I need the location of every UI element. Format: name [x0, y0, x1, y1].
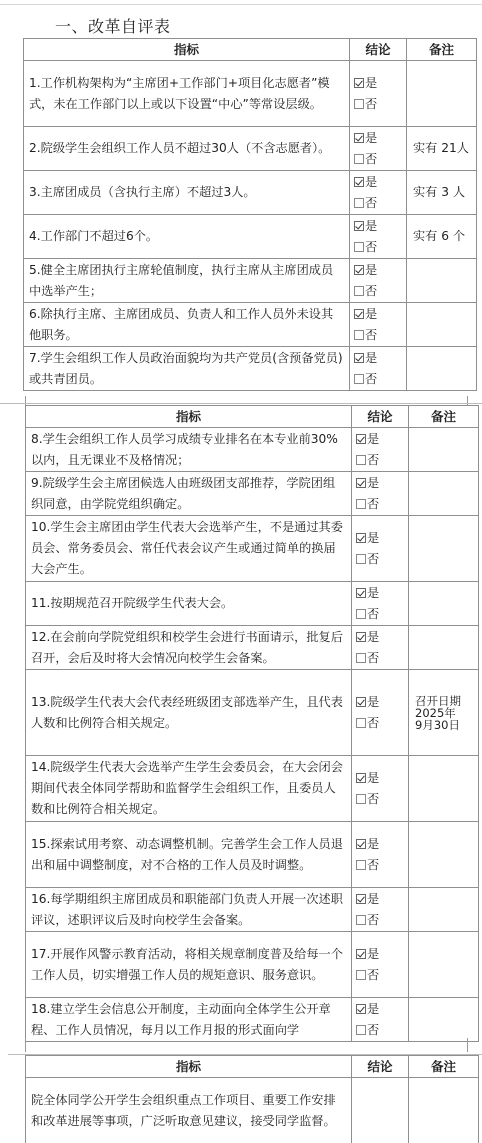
table-header-row: 指标 结论 备注: [24, 39, 477, 61]
checked-box-icon[interactable]: [354, 309, 364, 319]
no-label: 否: [367, 1023, 379, 1037]
no-option[interactable]: 否: [354, 325, 404, 346]
yes-option[interactable]: 是: [354, 348, 404, 369]
header-indicator: 指标: [26, 406, 352, 428]
yes-option[interactable]: 是: [354, 73, 404, 94]
no-label: 否: [367, 716, 379, 730]
note-cell: [407, 61, 477, 127]
conclusion-cell: 是 否: [352, 516, 409, 582]
no-option[interactable]: 否: [356, 789, 406, 810]
note-cell: [409, 428, 479, 472]
table-header-row: 指标 结论 备注: [26, 406, 479, 428]
yes-label: 是: [367, 837, 379, 851]
indicator-cell: 8.学生会组织工作人员学习成绩专业排名在本专业前30%以内，且无课业不及格情况；: [26, 428, 352, 472]
checked-box-icon[interactable]: [356, 1004, 366, 1014]
header-notes: 备注: [409, 406, 479, 428]
yes-option[interactable]: 是: [356, 944, 406, 965]
section-title: 一、改革自评表: [55, 14, 171, 37]
yes-label: 是: [367, 531, 379, 545]
no-label: 否: [367, 453, 379, 467]
checked-box-icon[interactable]: [356, 434, 366, 444]
note-line: 9月30日: [415, 719, 475, 731]
conclusion-cell: 是 否: [352, 670, 409, 756]
no-option[interactable]: 否: [356, 965, 406, 986]
no-label: 否: [367, 913, 379, 927]
yes-option[interactable]: 是: [356, 627, 406, 648]
self-evaluation-table-page-2: 指标 结论 备注 8.学生会组织工作人员学习成绩专业排名在本专业前30%以内，且…: [25, 405, 479, 1042]
note-cell-meeting-date: 召开日期 2025年 9月30日: [409, 670, 479, 756]
page-top-rule: [0, 4, 482, 5]
no-option[interactable]: 否: [356, 494, 406, 515]
yes-label: 是: [365, 219, 377, 233]
yes-option[interactable]: 是: [356, 834, 406, 855]
conclusion-cell: 是 否: [350, 259, 407, 303]
note-cell: [407, 259, 477, 303]
unchecked-box-icon[interactable]: [354, 154, 364, 164]
indicator-cell: 10.学生会主席团由学生代表大会选举产生，不是通过其委员会、常务委员会、常任代表…: [26, 516, 352, 582]
indicator-cell: 7.学生会组织工作人员政治面貌均为共产党员(含预备党员)或共青团员。: [24, 347, 350, 391]
table-row: 8.学生会组织工作人员学习成绩专业排名在本专业前30%以内，且无课业不及格情况；…: [26, 428, 479, 472]
unchecked-box-icon[interactable]: [356, 794, 366, 804]
table-row: 1.工作机构架构为“主席团+工作部门+项目化志愿者”模式，未在工作部门以上或以下…: [24, 61, 477, 127]
checked-box-icon[interactable]: [356, 697, 366, 707]
no-label: 否: [367, 552, 379, 566]
yes-label: 是: [367, 695, 379, 709]
no-label: 否: [365, 284, 377, 298]
conclusion-cell: 是 否: [350, 171, 407, 215]
conclusion-cell: 是 否: [352, 756, 409, 822]
checked-box-icon[interactable]: [354, 133, 364, 143]
yes-label: 是: [367, 630, 379, 644]
self-evaluation-table-page-1: 指标 结论 备注 1.工作机构架构为“主席团+工作部门+项目化志愿者”模式，未在…: [23, 38, 477, 391]
checked-box-icon[interactable]: [356, 632, 366, 642]
indicator-cell: 16.每学期组织主席团成员和职能部门负责人开展一次述职评议，述职评议后及时向校学…: [26, 888, 352, 932]
unchecked-box-icon[interactable]: [356, 609, 366, 619]
indicator-cell: 院全体同学公开学生会组织重点工作项目、重要工作安排和改革进展等事项，广泛听取意见…: [26, 1078, 352, 1143]
yes-label: 是: [365, 131, 377, 145]
unchecked-box-icon[interactable]: [354, 242, 364, 252]
yes-option[interactable]: 是: [354, 260, 404, 281]
table-row: 14.院级学生代表大会选举产生学生会委员会，在大会闭会期间代表全体同学帮助和监督…: [26, 756, 479, 822]
conclusion-cell: 是 否: [350, 215, 407, 259]
no-label: 否: [367, 651, 379, 665]
yes-option[interactable]: 是: [354, 304, 404, 325]
unchecked-box-icon[interactable]: [354, 330, 364, 340]
table-row: 15.探索试用考察、动态调整机制。完善学生会工作人员退出和届中调整制度，对不合格…: [26, 822, 479, 888]
conclusion-cell: 是 否: [352, 472, 409, 516]
indicator-cell: 18.建立学生会信息公开制度，主动面向全体学生公开章程、工作人员情况，每月以工作…: [26, 998, 352, 1042]
yes-label: 是: [367, 947, 379, 961]
yes-label: 是: [367, 432, 379, 446]
indicator-cell: 3.主席团成员（含执行主席）不超过3人。: [24, 171, 350, 215]
conclusion-cell: 是 否: [352, 998, 409, 1042]
yes-label: 是: [365, 76, 377, 90]
indicator-cell: 6.除执行主席、主席团成员、负责人和工作人员外未设其他职务。: [24, 303, 350, 347]
indicator-cell: 13.院级学生代表大会代表经班级团支部选举产生，且代表人数和比例符合相关规定。: [26, 670, 352, 756]
self-evaluation-table-page-3: 指标 结论 备注 院全体同学公开学生会组织重点工作项目、重要工作安排和改革进展等…: [25, 1055, 479, 1143]
indicator-cell: 12.在会前向学院党组织和校学生会进行书面请示，批复后召开，会后及时将大会情况向…: [26, 626, 352, 670]
no-label: 否: [365, 328, 377, 342]
table-row: 17.开展作风警示教育活动，将相关规章制度普及给每一个工作人员，切实增强工作人员…: [26, 932, 479, 998]
unchecked-box-icon[interactable]: [356, 653, 366, 663]
unchecked-box-icon[interactable]: [356, 1025, 366, 1035]
table-row: 院全体同学公开学生会组织重点工作项目、重要工作安排和改革进展等事项，广泛听取意见…: [26, 1078, 479, 1143]
no-option[interactable]: 否: [354, 149, 404, 170]
note-cell: [409, 1078, 479, 1143]
unchecked-box-icon[interactable]: [354, 374, 364, 384]
yes-label: 是: [365, 263, 377, 277]
conclusion-cell: 是 否: [352, 888, 409, 932]
conclusion-cell: 是 否: [350, 303, 407, 347]
yes-label: 是: [365, 175, 377, 189]
note-cell: 实有 21人: [407, 127, 477, 171]
yes-label: 是: [365, 307, 377, 321]
yes-option[interactable]: 是: [356, 528, 406, 549]
note-cell: [409, 888, 479, 932]
checked-box-icon[interactable]: [356, 839, 366, 849]
no-option[interactable]: 否: [356, 1020, 406, 1041]
conclusion-cell: 是 否: [350, 61, 407, 127]
indicator-cell: 15.探索试用考察、动态调整机制。完善学生会工作人员退出和届中调整制度，对不合格…: [26, 822, 352, 888]
checked-box-icon[interactable]: [356, 949, 366, 959]
unchecked-box-icon[interactable]: [354, 286, 364, 296]
table-row: 16.每学期组织主席团成员和职能部门负责人开展一次述职评议，述职评议后及时向校学…: [26, 888, 479, 932]
yes-option[interactable]: 是: [354, 172, 404, 193]
table-row: 11.按期规范召开院级学生代表大会。 是 否: [26, 582, 479, 626]
note-line: 2025年: [415, 707, 475, 719]
indicator-cell: 17.开展作风警示教育活动，将相关规章制度普及给每一个工作人员，切实增强工作人员…: [26, 932, 352, 998]
note-cell: [409, 932, 479, 998]
yes-option[interactable]: 是: [354, 128, 404, 149]
table-row: 4.工作部门不超过6个。 是 否 实有 6 个: [24, 215, 477, 259]
no-option[interactable]: 否: [356, 648, 406, 669]
conclusion-cell: 是 否: [350, 347, 407, 391]
checked-box-icon[interactable]: [354, 78, 364, 88]
unchecked-box-icon[interactable]: [356, 554, 366, 564]
note-cell: [407, 347, 477, 391]
conclusion-cell: 是 否: [352, 822, 409, 888]
checked-box-icon[interactable]: [356, 588, 366, 598]
header-conclusion: 结论: [350, 39, 407, 61]
table-row: 7.学生会组织工作人员政治面貌均为共产党员(含预备党员)或共青团员。 是 否: [24, 347, 477, 391]
checked-box-icon[interactable]: [354, 265, 364, 275]
yes-option[interactable]: 是: [356, 692, 406, 713]
header-conclusion: 结论: [352, 406, 409, 428]
page-corner-mark: [25, 1038, 26, 1052]
no-label: 否: [367, 792, 379, 806]
yes-label: 是: [367, 1002, 379, 1016]
table-row: 18.建立学生会信息公开制度，主动面向全体学生公开章程、工作人员情况，每月以工作…: [26, 998, 479, 1042]
no-option[interactable]: 否: [354, 94, 404, 115]
note-cell: [407, 303, 477, 347]
yes-option[interactable]: 是: [356, 583, 406, 604]
conclusion-cell: 是 否: [352, 428, 409, 472]
indicator-cell: 2.院级学生会组织工作人员不超过30人（不含志愿者）。: [24, 127, 350, 171]
conclusion-cell: 是 否: [352, 626, 409, 670]
note-cell: [409, 582, 479, 626]
conclusion-cell: [352, 1078, 409, 1143]
unchecked-box-icon[interactable]: [356, 718, 366, 728]
no-option[interactable]: 否: [356, 910, 406, 931]
checked-box-icon[interactable]: [356, 894, 366, 904]
note-cell: [409, 756, 479, 822]
note-cell: [409, 626, 479, 670]
yes-label: 是: [367, 476, 379, 490]
yes-label: 是: [367, 771, 379, 785]
header-indicator: 指标: [24, 39, 350, 61]
table-row: 5.健全主席团执行主席轮值制度，执行主席从主席团成员中选举产生； 是 否: [24, 259, 477, 303]
page-corner-mark: [467, 1038, 468, 1052]
unchecked-box-icon[interactable]: [356, 455, 366, 465]
table-row: 13.院级学生代表大会代表经班级团支部选举产生，且代表人数和比例符合相关规定。 …: [26, 670, 479, 756]
checked-box-icon[interactable]: [354, 353, 364, 363]
yes-option[interactable]: 是: [356, 429, 406, 450]
table-row: 3.主席团成员（含执行主席）不超过3人。 是 否 实有 3 人: [24, 171, 477, 215]
table-row: 2.院级学生会组织工作人员不超过30人（不含志愿者）。 是 否 实有 21人: [24, 127, 477, 171]
no-label: 否: [367, 607, 379, 621]
no-label: 否: [367, 858, 379, 872]
note-cell: 实有 6 个: [407, 215, 477, 259]
checked-box-icon[interactable]: [354, 221, 364, 231]
indicator-cell: 4.工作部门不超过6个。: [24, 215, 350, 259]
no-option[interactable]: 否: [354, 281, 404, 302]
no-label: 否: [365, 196, 377, 210]
no-option[interactable]: 否: [356, 450, 406, 471]
yes-option[interactable]: 是: [356, 999, 406, 1020]
unchecked-box-icon[interactable]: [354, 198, 364, 208]
yes-option[interactable]: 是: [354, 216, 404, 237]
checked-box-icon[interactable]: [356, 533, 366, 543]
no-label: 否: [365, 152, 377, 166]
header-indicator: 指标: [26, 1056, 352, 1078]
unchecked-box-icon[interactable]: [354, 99, 364, 109]
conclusion-cell: 是 否: [352, 582, 409, 626]
header-notes: 备注: [409, 1056, 479, 1078]
yes-label: 是: [365, 351, 377, 365]
no-option[interactable]: 否: [356, 713, 406, 734]
note-cell: [409, 472, 479, 516]
no-label: 否: [367, 497, 379, 511]
table-row: 6.除执行主席、主席团成员、负责人和工作人员外未设其他职务。 是 否: [24, 303, 477, 347]
yes-option[interactable]: 是: [356, 889, 406, 910]
table-row: 10.学生会主席团由学生代表大会选举产生，不是通过其委员会、常务委员会、常任代表…: [26, 516, 479, 582]
unchecked-box-icon[interactable]: [356, 915, 366, 925]
unchecked-box-icon[interactable]: [356, 970, 366, 980]
table-row: 12.在会前向学院党组织和校学生会进行书面请示，批复后召开，会后及时将大会情况向…: [26, 626, 479, 670]
no-label: 否: [365, 240, 377, 254]
checked-box-icon[interactable]: [354, 177, 364, 187]
unchecked-box-icon[interactable]: [356, 860, 366, 870]
no-option[interactable]: 否: [356, 604, 406, 625]
table-row: 9.院级学生会主席团候选人由班级团支部推荐，学院团组织同意，由学院党组织确定。 …: [26, 472, 479, 516]
note-cell: [409, 822, 479, 888]
page-break-line: [0, 403, 482, 404]
indicator-cell: 9.院级学生会主席团候选人由班级团支部推荐，学院团组织同意，由学院党组织确定。: [26, 472, 352, 516]
no-label: 否: [367, 968, 379, 982]
header-conclusion: 结论: [352, 1056, 409, 1078]
yes-label: 是: [367, 892, 379, 906]
table-header-row: 指标 结论 备注: [26, 1056, 479, 1078]
yes-label: 是: [367, 586, 379, 600]
conclusion-cell: 是 否: [350, 127, 407, 171]
no-option[interactable]: 否: [354, 237, 404, 258]
checked-box-icon[interactable]: [356, 478, 366, 488]
no-option[interactable]: 否: [354, 193, 404, 214]
yes-option[interactable]: 是: [356, 473, 406, 494]
unchecked-box-icon[interactable]: [356, 499, 366, 509]
note-cell: [409, 998, 479, 1042]
no-label: 否: [365, 97, 377, 111]
indicator-cell: 11.按期规范召开院级学生代表大会。: [26, 582, 352, 626]
conclusion-cell: 是 否: [352, 932, 409, 998]
indicator-cell: 14.院级学生代表大会选举产生学生会委员会，在大会闭会期间代表全体同学帮助和监督…: [26, 756, 352, 822]
note-cell: 实有 3 人: [407, 171, 477, 215]
no-option[interactable]: 否: [356, 855, 406, 876]
note-line: 召开日期: [415, 695, 475, 707]
no-option[interactable]: 否: [354, 369, 404, 390]
indicator-cell: 1.工作机构架构为“主席团+工作部门+项目化志愿者”模式，未在工作部门以上或以下…: [24, 61, 350, 127]
note-cell: [409, 516, 479, 582]
no-option[interactable]: 否: [356, 549, 406, 570]
header-notes: 备注: [407, 39, 477, 61]
indicator-cell: 5.健全主席团执行主席轮值制度，执行主席从主席团成员中选举产生；: [24, 259, 350, 303]
no-label: 否: [365, 372, 377, 386]
yes-option[interactable]: 是: [356, 768, 406, 789]
checked-box-icon[interactable]: [356, 773, 366, 783]
